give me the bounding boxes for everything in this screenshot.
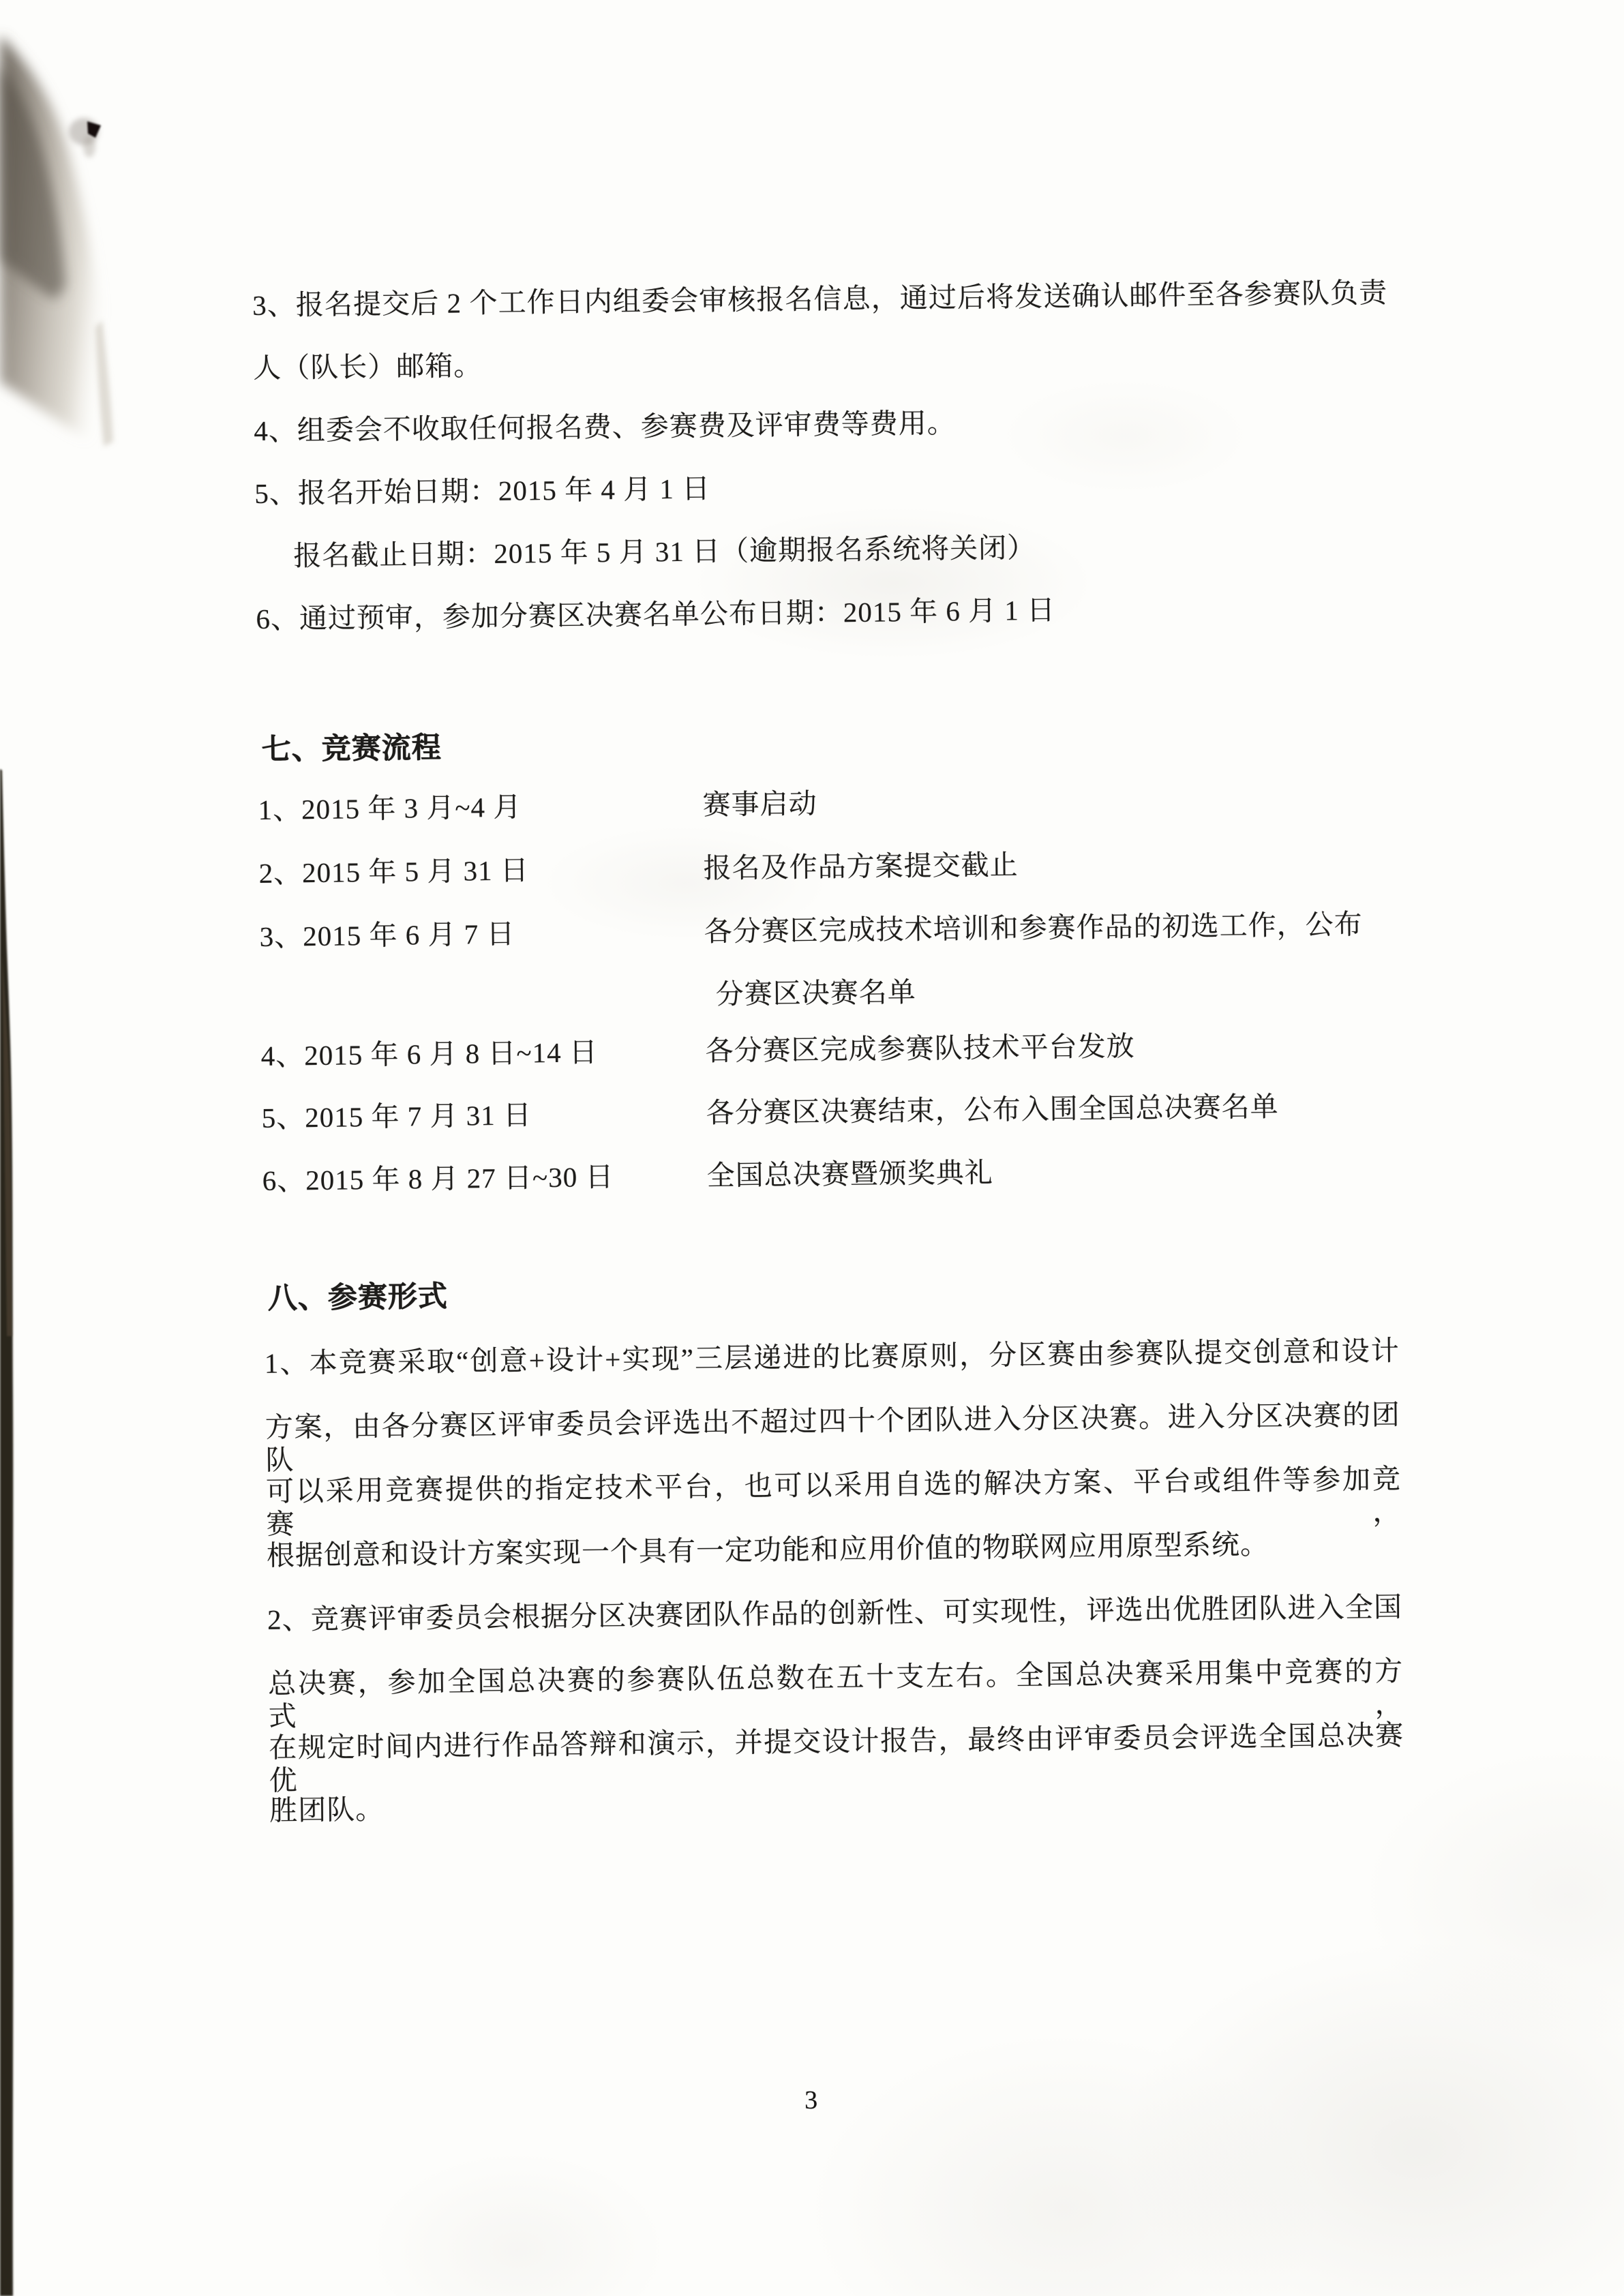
section-heading-participation-format: 八、参赛形式 bbox=[267, 1269, 1402, 1317]
format-para2-line: 2、竞赛评审委员会根据分区决赛团队作品的创新性、可实现性，评选出优胜团队进入全国 bbox=[267, 1590, 1402, 1636]
list-item-4: 4、组委会不收取任何报名费、参赛费及评审费等费用。 bbox=[254, 402, 1389, 447]
schedule-date bbox=[260, 1004, 705, 1009]
schedule-row: 2、2015 年 5 月 31 日报名及作品方案提交截止 bbox=[258, 844, 1394, 890]
schedule-event: 赛事启动 bbox=[702, 787, 817, 821]
section-heading-competition-process: 七、竞赛流程 bbox=[261, 721, 1396, 768]
schedule-row: 4、2015 年 6 月 8 日~14 日各分赛区完成参赛队技术平台发放 bbox=[260, 1027, 1396, 1072]
schedule-row: 1、2015 年 3 月~4 月赛事启动 bbox=[258, 781, 1393, 826]
format-para1-line: 1、本竞赛采取“创意+设计+实现”三层递进的比赛原则，分区赛由参赛队提交创意和设… bbox=[265, 1334, 1400, 1380]
schedule-date: 2、2015 年 5 月 31 日 bbox=[258, 852, 704, 890]
page-number: 3 bbox=[805, 2085, 817, 2115]
schedule-date: 4、2015 年 6 月 8 日~14 日 bbox=[260, 1035, 706, 1073]
schedule-event: 全国总决赛暨颁奖典礼 bbox=[706, 1156, 993, 1192]
list-item-5-deadline: 报名截止日期：2015 年 5 月 31 日（逾期报名系统将关闭） bbox=[255, 527, 1390, 573]
schedule-date: 5、2015 年 7 月 31 日 bbox=[261, 1097, 706, 1135]
schedule-event: 报名及作品方案提交截止 bbox=[703, 848, 1019, 885]
list-item-3-line-2: 人（队长）邮箱。 bbox=[253, 339, 1388, 384]
schedule-event: 各分赛区完成参赛队技术平台发放 bbox=[705, 1029, 1135, 1068]
page-sheet: 3、报名提交后 2 个工作日内组委会审核报名信息，通过后将发送确认邮件至各参赛队… bbox=[0, 0, 1624, 2296]
schedule-row: 6、2015 年 8 月 27 日~30 日全国总决赛暨颁奖典礼 bbox=[262, 1151, 1397, 1197]
deadline-text: 报名截止日期：2015 年 5 月 31 日（逾期报名系统将关闭） bbox=[293, 532, 1036, 571]
schedule-date: 3、2015 年 6 月 7 日 bbox=[259, 916, 704, 954]
schedule-date: 6、2015 年 8 月 27 日~30 日 bbox=[262, 1160, 707, 1198]
schedule-row: 5、2015 年 7 月 31 日各分赛区决赛结束，公布入围全国总决赛名单 bbox=[261, 1089, 1396, 1134]
list-item-5-start-date: 5、报名开始日期：2015 年 4 月 1 日 bbox=[254, 464, 1389, 510]
schedule-row: 3、2015 年 6 月 7 日各分赛区完成技术培训和参赛作品的初选工作，公布 bbox=[259, 907, 1394, 953]
schedule-row-continuation: 分赛区决赛名单 bbox=[260, 970, 1395, 1016]
schedule-event: 各分赛区决赛结束，公布入围全国总决赛名单 bbox=[706, 1090, 1278, 1130]
list-item-6: 6、通过预审，参加分赛区决赛名单公布日期：2015 年 6 月 1 日 bbox=[256, 590, 1391, 635]
list-item-3-line-1: 3、报名提交后 2 个工作日内组委会审核报名信息，通过后将发送确认邮件至各参赛队… bbox=[252, 276, 1387, 322]
schedule-event: 分赛区决赛名单 bbox=[715, 976, 916, 1011]
schedule-event: 各分赛区完成技术培训和参赛作品的初选工作，公布 bbox=[704, 908, 1362, 948]
schedule-date: 1、2015 年 3 月~4 月 bbox=[258, 789, 703, 827]
